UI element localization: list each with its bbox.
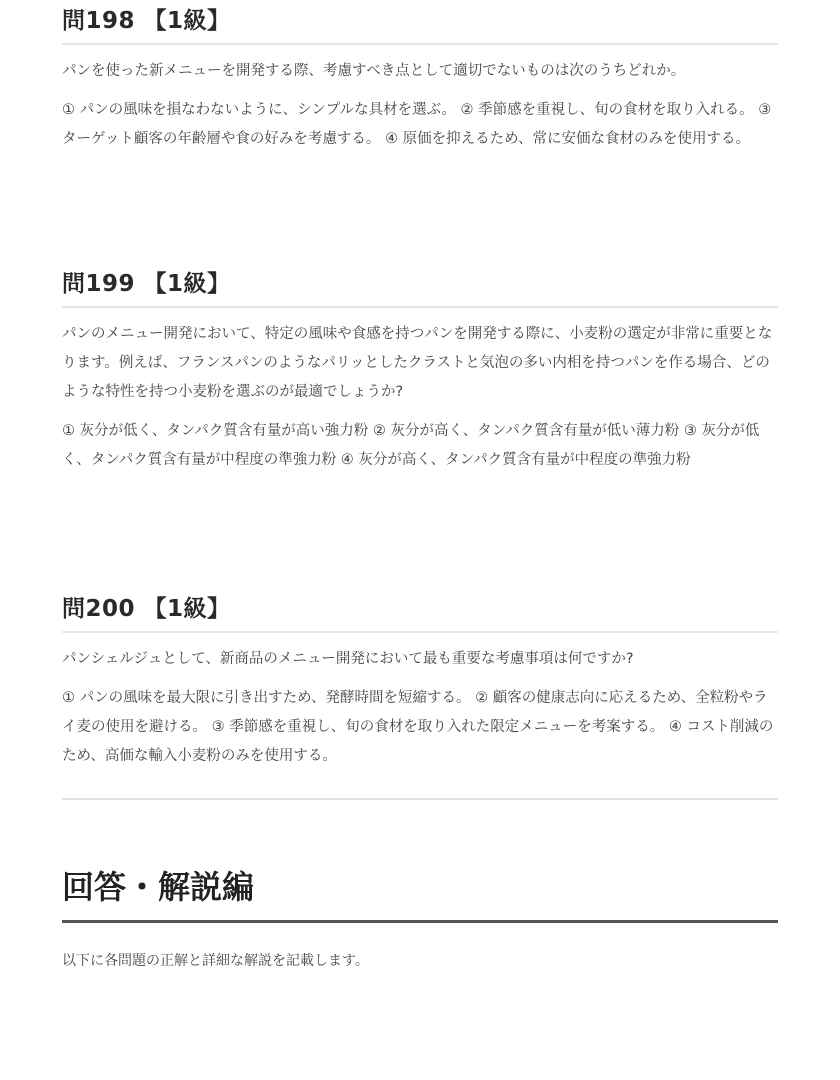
question-title: 問200 【1級】 xyxy=(62,590,778,633)
question-options: ① パンの風味を最大限に引き出すため、発酵時間を短縮する。 ② 顧客の健康志向に… xyxy=(62,684,778,771)
section-divider xyxy=(62,798,778,800)
answers-section-title: 回答・解説編 xyxy=(62,862,778,923)
question-198: 問198 【1級】 パンを使った新メニューを開発する際、考慮すべき点として適切で… xyxy=(62,2,778,154)
question-options: ① パンの風味を損なわないように、シンプルな具材を選ぶ。 ② 季節感を重視し、旬… xyxy=(62,96,778,154)
question-200: 問200 【1級】 パンシェルジュとして、新商品のメニュー開発において最も重要な… xyxy=(62,590,778,771)
question-text: パンシェルジュとして、新商品のメニュー開発において最も重要な考慮事項は何ですか? xyxy=(62,645,778,674)
question-title: 問198 【1級】 xyxy=(62,2,778,45)
question-text: パンのメニュー開発において、特定の風味や食感を持つパンを開発する際に、小麦粉の選… xyxy=(62,320,778,407)
answers-section-intro: 以下に各問題の正解と詳細な解説を記載します。 xyxy=(62,950,778,970)
question-options: ① 灰分が低く、タンパク質含有量が高い強力粉 ② 灰分が高く、タンパク質含有量が… xyxy=(62,417,778,475)
question-text: パンを使った新メニューを開発する際、考慮すべき点として適切でないものは次のうちど… xyxy=(62,57,778,86)
question-title: 問199 【1級】 xyxy=(62,265,778,308)
question-199: 問199 【1級】 パンのメニュー開発において、特定の風味や食感を持つパンを開発… xyxy=(62,265,778,475)
